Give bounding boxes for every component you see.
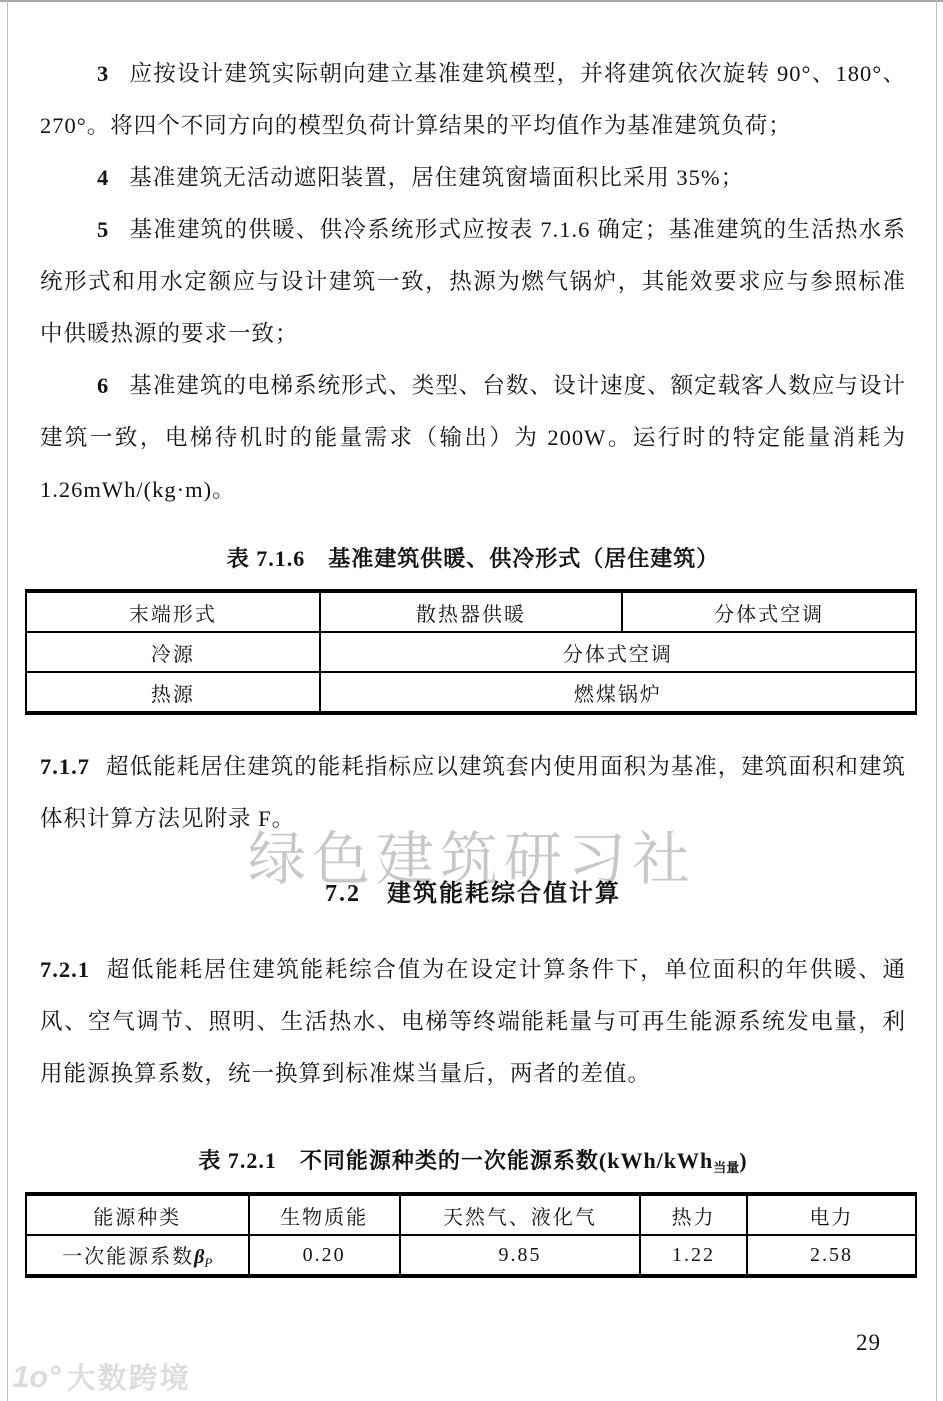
page-left-edge-line bbox=[7, 0, 8, 1401]
page-number: 29 bbox=[856, 1330, 881, 1356]
table-7-2-1-value-gas: 9.85 bbox=[400, 1235, 640, 1276]
table-7-2-1-caption-subscript: 当量 bbox=[713, 1160, 739, 1175]
table-7-1-6-cell-split-ac-header: 分体式空调 bbox=[622, 591, 916, 632]
item-6-text: 基准建筑的电梯系统形式、类型、台数、设计速度、额定载客人数应与设计建筑一致，电梯… bbox=[40, 373, 906, 502]
dashu-watermark-text: 大数跨境 bbox=[67, 1356, 191, 1397]
bottom-left-watermark: 1ᴏ° 大数跨境 bbox=[12, 1356, 191, 1397]
table-7-1-6-cell-split-ac: 分体式空调 bbox=[320, 632, 916, 672]
item-6-number: 6 bbox=[97, 373, 109, 398]
page-content: 3应按设计建筑实际朝向建立基准建筑模型，并将建筑依次旋转 90°、180°、27… bbox=[40, 48, 906, 1278]
paragraph-clause-7-1-7: 7.1.7超低能耗居住建筑的能耗指标应以建筑套内使用面积为基准，建筑面积和建筑体… bbox=[40, 741, 906, 845]
table-row: 一次能源系数βP 0.20 9.85 1.22 2.58 bbox=[26, 1235, 916, 1276]
paragraph-item-3: 3应按设计建筑实际朝向建立基准建筑模型，并将建筑依次旋转 90°、180°、27… bbox=[40, 48, 906, 152]
table-7-2-1-caption-suffix: ) bbox=[739, 1148, 747, 1173]
table-7-2-1-caption: 表 7.2.1 不同能源种类的一次能源系数(kWh/kWh当量) bbox=[40, 1144, 906, 1176]
table-7-2-1-header-biomass: 生物质能 bbox=[249, 1194, 400, 1235]
table-7-2-1-caption-prefix: 表 7.2.1 不同能源种类的一次能源系数(kWh/kWh bbox=[198, 1148, 713, 1173]
table-7-2-1-value-electricity: 2.58 bbox=[747, 1235, 916, 1276]
clause-7-1-7-text: 超低能耗居住建筑的能耗指标应以建筑套内使用面积为基准，建筑面积和建筑体积计算方法… bbox=[40, 754, 906, 831]
beta-subscript: P bbox=[204, 1255, 212, 1270]
table-7-2-1-header-energy-type: 能源种类 bbox=[26, 1194, 249, 1235]
section-7-2-title: 7.2 建筑能耗综合值计算 bbox=[40, 873, 906, 908]
document-page: 绿色建筑研习社 3应按设计建筑实际朝向建立基准建筑模型，并将建筑依次旋转 90°… bbox=[0, 0, 943, 1401]
paragraph-item-4: 4基准建筑无活动遮阳装置，居住建筑窗墙面积比采用 35%； bbox=[40, 152, 906, 204]
table-7-2-1-row-label: 一次能源系数βP bbox=[26, 1235, 249, 1276]
table-7-1-6-cell-radiator-heating: 散热器供暖 bbox=[320, 591, 623, 632]
paragraph-item-5: 5基准建筑的供暖、供冷系统形式应按表 7.1.6 确定；基准建筑的生活热水系统形… bbox=[40, 204, 906, 360]
table-row: 冷源 分体式空调 bbox=[26, 632, 916, 672]
table-7-2-1-value-biomass: 0.20 bbox=[249, 1235, 400, 1276]
page-right-edge-line bbox=[936, 0, 937, 1401]
table-7-1-6: 末端形式 散热器供暖 分体式空调 冷源 分体式空调 热源 燃煤锅炉 bbox=[25, 589, 917, 715]
paragraph-clause-7-2-1: 7.2.1超低能耗居住建筑能耗综合值为在设定计算条件下，单位面积的年供暖、通风、… bbox=[40, 944, 906, 1100]
table-row: 能源种类 生物质能 天然气、液化气 热力 电力 bbox=[26, 1194, 916, 1235]
table-7-2-1-header-gas: 天然气、液化气 bbox=[400, 1194, 640, 1235]
item-5-text: 基准建筑的供暖、供冷系统形式应按表 7.1.6 确定；基准建筑的生活热水系统形式… bbox=[40, 217, 906, 346]
clause-7-1-7-number: 7.1.7 bbox=[40, 754, 90, 779]
item-5-number: 5 bbox=[97, 217, 109, 242]
table-7-2-1-header-electricity: 电力 bbox=[747, 1194, 916, 1235]
table-7-1-6-cell-cold-source: 冷源 bbox=[26, 632, 320, 672]
table-7-2-1: 能源种类 生物质能 天然气、液化气 热力 电力 一次能源系数βP 0.20 9.… bbox=[25, 1192, 917, 1278]
table-7-1-6-cell-terminal-form: 末端形式 bbox=[26, 591, 320, 632]
table-7-1-6-cell-coal-boiler: 燃煤锅炉 bbox=[320, 672, 916, 713]
table-7-2-1-header-heat: 热力 bbox=[640, 1194, 747, 1235]
table-7-1-6-caption: 表 7.1.6 基准建筑供暖、供冷形式（居住建筑） bbox=[40, 542, 906, 573]
beta-symbol: β bbox=[194, 1246, 204, 1268]
primary-energy-factor-label: 一次能源系数 bbox=[62, 1246, 194, 1268]
item-3-text: 应按设计建筑实际朝向建立基准建筑模型，并将建筑依次旋转 90°、180°、270… bbox=[40, 61, 906, 138]
table-7-1-6-cell-heat-source: 热源 bbox=[26, 672, 320, 713]
item-4-number: 4 bbox=[97, 165, 109, 190]
clause-7-2-1-text: 超低能耗居住建筑能耗综合值为在设定计算条件下，单位面积的年供暖、通风、空气调节、… bbox=[40, 957, 906, 1086]
item-3-number: 3 bbox=[97, 61, 109, 86]
item-4-text: 基准建筑无活动遮阳装置，居住建筑窗墙面积比采用 35%； bbox=[129, 165, 744, 190]
paragraph-item-6: 6基准建筑的电梯系统形式、类型、台数、设计速度、额定载客人数应与设计建筑一致，电… bbox=[40, 360, 906, 516]
page-top-edge-line bbox=[0, 0, 943, 2]
table-row: 末端形式 散热器供暖 分体式空调 bbox=[26, 591, 916, 632]
clause-7-2-1-number: 7.2.1 bbox=[40, 957, 90, 982]
dashu-logo-icon: 1ᴏ° bbox=[12, 1359, 61, 1395]
table-row: 热源 燃煤锅炉 bbox=[26, 672, 916, 713]
table-7-2-1-value-heat: 1.22 bbox=[640, 1235, 747, 1276]
